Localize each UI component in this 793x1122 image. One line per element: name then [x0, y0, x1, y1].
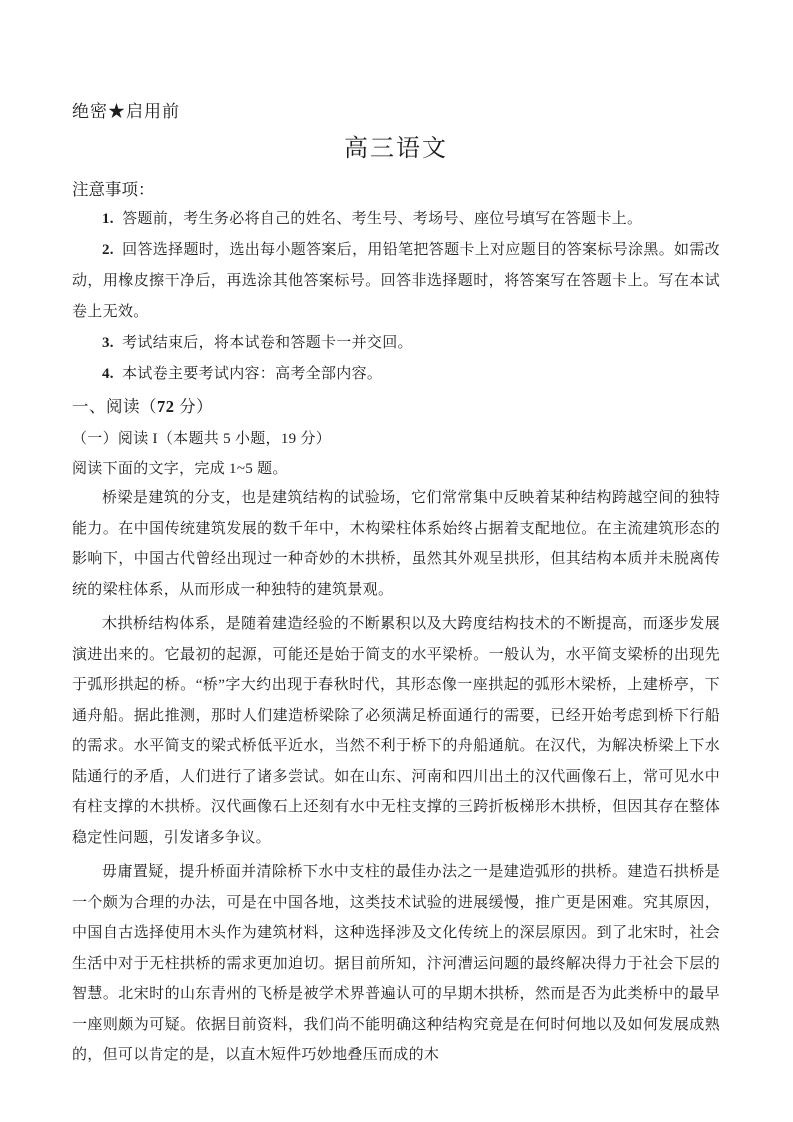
page-title: 高三语文: [72, 132, 720, 166]
passage-instruction: 阅读下面的文字，完成 1~5 题。: [72, 455, 720, 483]
passage-paragraph-2: 木拱桥结构体系，是随着建造经验的不断累积以及大跨度结构技术的不断提高，而逐步发展…: [72, 609, 720, 853]
notice-item-4-text: 本试卷主要考试内容：高考全部内容。: [122, 366, 382, 382]
notice-item-3: 3.考试结束后，将本试卷和答题卡一并交回。: [72, 328, 720, 359]
notice-heading: 注意事项：: [72, 176, 720, 204]
notice-item-4: 4.本试卷主要考试内容：高考全部内容。: [72, 359, 720, 390]
section-heading-reading: 一、阅读（72 分）: [72, 390, 720, 423]
notice-item-1-number: 1.: [102, 211, 114, 227]
classification-label: 绝密★启用前: [72, 100, 720, 124]
notice-item-1: 1.答题前，考生务必将自己的姓名、考生号、考场号、座位号填写在答题卡上。: [72, 204, 720, 235]
subsection-heading-reading-1: （一）阅读 I（本题共 5 小题，19 分）: [72, 423, 720, 455]
notice-item-3-number: 3.: [102, 335, 114, 351]
notice-item-1-text: 答题前，考生务必将自己的姓名、考生号、考场号、座位号填写在答题卡上。: [122, 211, 642, 227]
notice-item-2-text: 回答选择题时，选出每小题答案后，用铅笔把答题卡上对应题目的答案标号涂黑。如需改动…: [72, 242, 720, 320]
section-heading-prefix: 一、阅读（: [72, 397, 157, 416]
notice-item-3-text: 考试结束后，将本试卷和答题卡一并交回。: [122, 335, 413, 351]
passage-paragraph-1: 桥梁是建筑的分支，也是建筑结构的试验场，它们常常集中反映着某种结构跨越空间的独特…: [72, 483, 720, 605]
section-score: 72: [157, 397, 175, 416]
notice-item-2: 2.回答选择题时，选出每小题答案后，用铅笔把答题卡上对应题目的答案标号涂黑。如需…: [72, 235, 720, 328]
notice-item-2-number: 2.: [102, 242, 114, 258]
section-heading-suffix: 分）: [175, 397, 214, 416]
notice-item-4-number: 4.: [102, 366, 114, 382]
exam-paper-page: 绝密★启用前 高三语文 注意事项： 1.答题前，考生务必将自己的姓名、考生号、考…: [0, 0, 793, 1122]
passage-paragraph-3: 毋庸置疑，提升桥面并清除桥下水中支柱的最佳办法之一是建造弧形的拱桥。建造石拱桥是…: [72, 857, 720, 1071]
